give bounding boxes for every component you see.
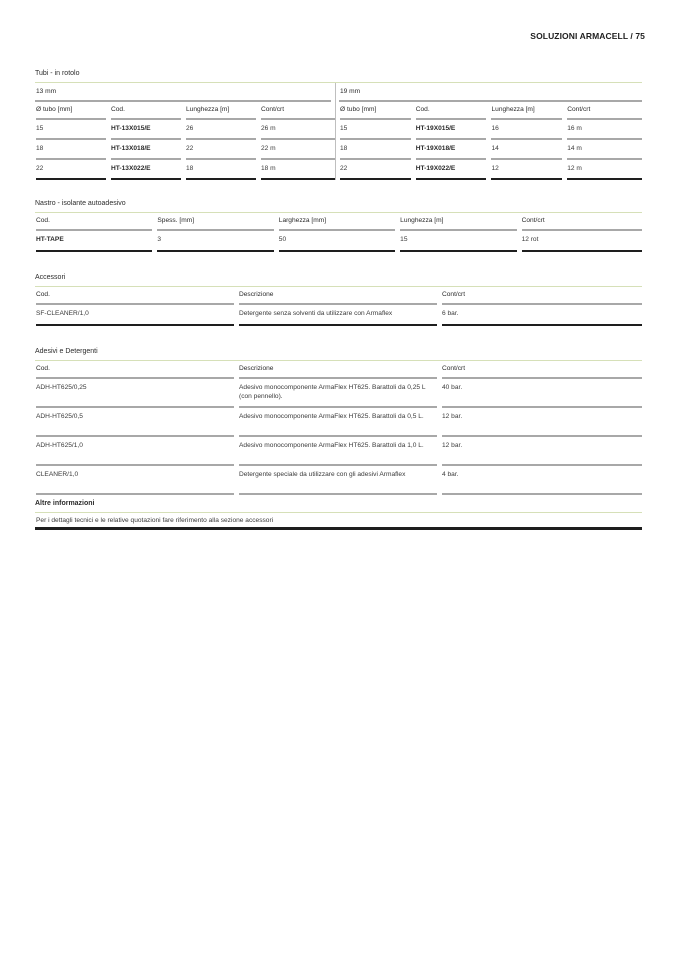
table-header-row: Cod.DescrizioneCont/crt: [35, 361, 642, 379]
table-cell: 4 bar.: [441, 466, 642, 495]
table-cell: 12: [490, 160, 566, 180]
column-header-label: Cont/crt: [522, 213, 642, 231]
table-header-row: Cod.Spess. [mm]Larghezza [mm]Lunghezza […: [35, 213, 642, 231]
table-row: 18HT-13X018/E2222 m: [35, 140, 335, 160]
cell-value: 16: [491, 120, 562, 140]
table-cell: ADH-HT625/0,5: [35, 408, 238, 437]
cell-value: 22: [36, 160, 106, 180]
column-header: Ø tubo [mm]: [339, 102, 415, 120]
cell-value: HT-13X015/E: [111, 120, 181, 140]
cell-value: 12: [491, 160, 562, 180]
table-row: CLEANER/1,0Detergente speciale da utiliz…: [35, 466, 642, 495]
cell-value: Adesivo monocomponente ArmaFlex HT625. B…: [239, 379, 437, 408]
cell-value: 6 bar.: [442, 305, 642, 326]
column-header: Cod.: [415, 102, 491, 120]
column-header: Cod.: [35, 213, 156, 231]
table-cell: 12 bar.: [441, 408, 642, 437]
table-cell: 15: [399, 231, 520, 252]
column-header: Cod.: [35, 361, 238, 379]
cell-value: ADH-HT625/1,0: [36, 437, 234, 466]
cell-value: 22 m: [261, 140, 335, 160]
table-cell: HT-TAPE: [35, 231, 156, 252]
table-cell: 40 bar.: [441, 379, 642, 408]
table-row: 22HT-19X022/E1212 m: [339, 160, 642, 180]
cell-value: 15: [340, 120, 411, 140]
table-cell: HT-19X022/E: [415, 160, 491, 180]
cell-value: 22: [340, 160, 411, 180]
column-header: Spess. [mm]: [156, 213, 277, 231]
column-header-label: Cont/crt: [567, 102, 642, 120]
table-cell: ADH-HT625/1,0: [35, 437, 238, 466]
table-cell: 22: [339, 160, 415, 180]
cell-value: 18: [36, 140, 106, 160]
column-header: Cont/crt: [441, 361, 642, 379]
cell-value: 12 bar.: [442, 437, 642, 466]
cell-value: 26: [186, 120, 256, 140]
column-header-label: Cont/crt: [442, 361, 642, 379]
tubi-subtable: Ø tubo [mm]Cod.Lunghezza [m]Cont/crt15HT…: [35, 102, 335, 180]
table-cell: 50: [278, 231, 399, 252]
cell-value: HT-13X018/E: [111, 140, 181, 160]
cell-value: ADH-HT625/0,25: [36, 379, 234, 408]
column-header-label: Lunghezza [m]: [400, 213, 516, 231]
table-cell: 18: [185, 160, 260, 180]
cell-value: 16 m: [567, 120, 642, 140]
table-cell: Adesivo monocomponente ArmaFlex HT625. B…: [238, 379, 441, 408]
section-title: Nastro - isolante autoadesivo: [35, 198, 642, 213]
column-header-label: Cont/crt: [261, 102, 335, 120]
table-cell: 22 m: [260, 140, 335, 160]
column-header: Descrizione: [238, 361, 441, 379]
column-header-label: Cod.: [416, 102, 487, 120]
column-header-label: Larghezza [mm]: [279, 213, 395, 231]
cell-value: 14: [491, 140, 562, 160]
section-tubi: Tubi - in rotolo 13 mmØ tubo [mm]Cod.Lun…: [35, 68, 642, 180]
cell-value: 12 bar.: [442, 408, 642, 437]
tubi-table: 13 mmØ tubo [mm]Cod.Lunghezza [m]Cont/cr…: [35, 83, 642, 180]
cell-value: HT-19X015/E: [416, 120, 487, 140]
column-header: Cont/crt: [566, 102, 642, 120]
tubi-group-19-mm: 19 mmØ tubo [mm]Cod.Lunghezza [m]Cont/cr…: [335, 83, 642, 180]
table-cell: Detergente senza solventi da utilizzare …: [238, 305, 441, 326]
table-cell: 12 bar.: [441, 437, 642, 466]
table-cell: 12 m: [566, 160, 642, 180]
table-row: SF-CLEANER/1,0Detergente senza solventi …: [35, 305, 642, 326]
cell-value: Adesivo monocomponente ArmaFlex HT625. B…: [239, 408, 437, 437]
cell-value: 18: [340, 140, 411, 160]
table-row: ADH-HT625/0,25Adesivo monocomponente Arm…: [35, 379, 642, 408]
nastro-table: Cod.Spess. [mm]Larghezza [mm]Lunghezza […: [35, 213, 642, 252]
table-row: ADH-HT625/1,0Adesivo monocomponente Arma…: [35, 437, 642, 466]
cell-value: 14 m: [567, 140, 642, 160]
column-header-label: Cod.: [111, 102, 181, 120]
table-row: 22HT-13X022/E1818 m: [35, 160, 335, 180]
cell-value: 15: [36, 120, 106, 140]
table-cell: HT-13X022/E: [110, 160, 185, 180]
table-cell: ADH-HT625/0,25: [35, 379, 238, 408]
cell-value: HT-19X018/E: [416, 140, 487, 160]
column-header: Lunghezza [m]: [490, 102, 566, 120]
table-cell: CLEANER/1,0: [35, 466, 238, 495]
table-cell: 22: [185, 140, 260, 160]
cell-value: 18: [186, 160, 256, 180]
adesivi-table: Cod.DescrizioneCont/crtADH-HT625/0,25Ade…: [35, 361, 642, 495]
table-cell: 14: [490, 140, 566, 160]
section-accessori: Accessori Cod.DescrizioneCont/crtSF-CLEA…: [35, 272, 642, 326]
table-header-row: Cod.DescrizioneCont/crt: [35, 287, 642, 305]
section-title: Accessori: [35, 272, 642, 287]
column-header-label: Ø tubo [mm]: [36, 102, 106, 120]
altre-title: Altre informazioni: [35, 498, 642, 513]
table-row: 15HT-13X015/E2626 m: [35, 120, 335, 140]
cell-value: SF-CLEANER/1,0: [36, 305, 234, 326]
tubi-group-13-mm: 13 mmØ tubo [mm]Cod.Lunghezza [m]Cont/cr…: [35, 83, 335, 180]
table-cell: 3: [156, 231, 277, 252]
column-header: Lunghezza [m]: [185, 102, 260, 120]
table-cell: Adesivo monocomponente ArmaFlex HT625. B…: [238, 408, 441, 437]
cell-value: 12 rot: [522, 231, 642, 252]
column-header-label: Cod.: [36, 361, 234, 379]
column-header-label: Descrizione: [239, 287, 437, 305]
cell-value: 15: [400, 231, 516, 252]
cell-value: 4 bar.: [442, 466, 642, 495]
table-header-row: Ø tubo [mm]Cod.Lunghezza [m]Cont/crt: [339, 102, 642, 120]
section-nastro: Nastro - isolante autoadesivo Cod.Spess.…: [35, 198, 642, 252]
column-header: Larghezza [mm]: [278, 213, 399, 231]
cell-value: HT-13X022/E: [111, 160, 181, 180]
table-cell: 15: [35, 120, 110, 140]
column-header-label: Cont/crt: [442, 287, 642, 305]
table-cell: HT-19X015/E: [415, 120, 491, 140]
table-cell: 26: [185, 120, 260, 140]
section-title: Adesivi e Detergenti: [35, 346, 642, 361]
column-header-label: Lunghezza [m]: [186, 102, 256, 120]
cell-value: 26 m: [261, 120, 335, 140]
section-adesivi: Adesivi e Detergenti Cod.DescrizioneCont…: [35, 346, 642, 530]
table-row: HT-TAPE3501512 rot: [35, 231, 642, 252]
table-cell: 14 m: [566, 140, 642, 160]
table-cell: 18: [339, 140, 415, 160]
table-header-row: Ø tubo [mm]Cod.Lunghezza [m]Cont/crt: [35, 102, 335, 120]
cell-value: CLEANER/1,0: [36, 466, 234, 495]
column-header: Cod.: [110, 102, 185, 120]
column-header: Lunghezza [m]: [399, 213, 520, 231]
column-header-label: Descrizione: [239, 361, 437, 379]
table-cell: HT-13X015/E: [110, 120, 185, 140]
table-row: 18HT-19X018/E1414 m: [339, 140, 642, 160]
column-header: Descrizione: [238, 287, 441, 305]
cell-value: 40 bar.: [442, 379, 642, 408]
table-cell: 15: [339, 120, 415, 140]
cell-value: 18 m: [261, 160, 335, 180]
column-header: Cont/crt: [260, 102, 335, 120]
altre-text: Per i dettagli tecnici e le relative quo…: [35, 513, 642, 530]
column-header: Cont/crt: [441, 287, 642, 305]
cell-value: 22: [186, 140, 256, 160]
table-cell: 16 m: [566, 120, 642, 140]
column-header: Ø tubo [mm]: [35, 102, 110, 120]
table-cell: 6 bar.: [441, 305, 642, 326]
cell-value: Detergente senza solventi da utilizzare …: [239, 305, 437, 326]
table-cell: 16: [490, 120, 566, 140]
cell-value: 3: [157, 231, 273, 252]
table-cell: HT-13X018/E: [110, 140, 185, 160]
table-cell: Detergente speciale da utilizzare con gl…: [238, 466, 441, 495]
table-cell: 26 m: [260, 120, 335, 140]
table-cell: 12 rot: [521, 231, 642, 252]
cell-value: HT-TAPE: [36, 231, 152, 252]
table-cell: 22: [35, 160, 110, 180]
cell-value: HT-19X022/E: [416, 160, 487, 180]
group-label: 13 mm: [35, 83, 331, 102]
column-header: Cont/crt: [521, 213, 642, 231]
column-header: Cod.: [35, 287, 238, 305]
tubi-subtable: Ø tubo [mm]Cod.Lunghezza [m]Cont/crt15HT…: [339, 102, 642, 180]
column-header-label: Cod.: [36, 287, 234, 305]
section-title: Tubi - in rotolo: [35, 68, 642, 83]
table-cell: 18: [35, 140, 110, 160]
table-row: ADH-HT625/0,5Adesivo monocomponente Arma…: [35, 408, 642, 437]
table-cell: SF-CLEANER/1,0: [35, 305, 238, 326]
accessori-table: Cod.DescrizioneCont/crtSF-CLEANER/1,0Det…: [35, 287, 642, 326]
column-header-label: Cod.: [36, 213, 152, 231]
table-cell: Adesivo monocomponente ArmaFlex HT625. B…: [238, 437, 441, 466]
table-row: 15HT-19X015/E1616 m: [339, 120, 642, 140]
page-header: SOLUZIONI ARMACELL / 75: [530, 31, 645, 41]
cell-value: 50: [279, 231, 395, 252]
table-cell: 18 m: [260, 160, 335, 180]
cell-value: ADH-HT625/0,5: [36, 408, 234, 437]
cell-value: Detergente speciale da utilizzare con gl…: [239, 466, 437, 495]
group-label: 19 mm: [339, 83, 642, 102]
column-header-label: Ø tubo [mm]: [340, 102, 411, 120]
column-header-label: Spess. [mm]: [157, 213, 273, 231]
cell-value: Adesivo monocomponente ArmaFlex HT625. B…: [239, 437, 437, 466]
table-cell: HT-19X018/E: [415, 140, 491, 160]
cell-value: 12 m: [567, 160, 642, 180]
column-header-label: Lunghezza [m]: [491, 102, 562, 120]
